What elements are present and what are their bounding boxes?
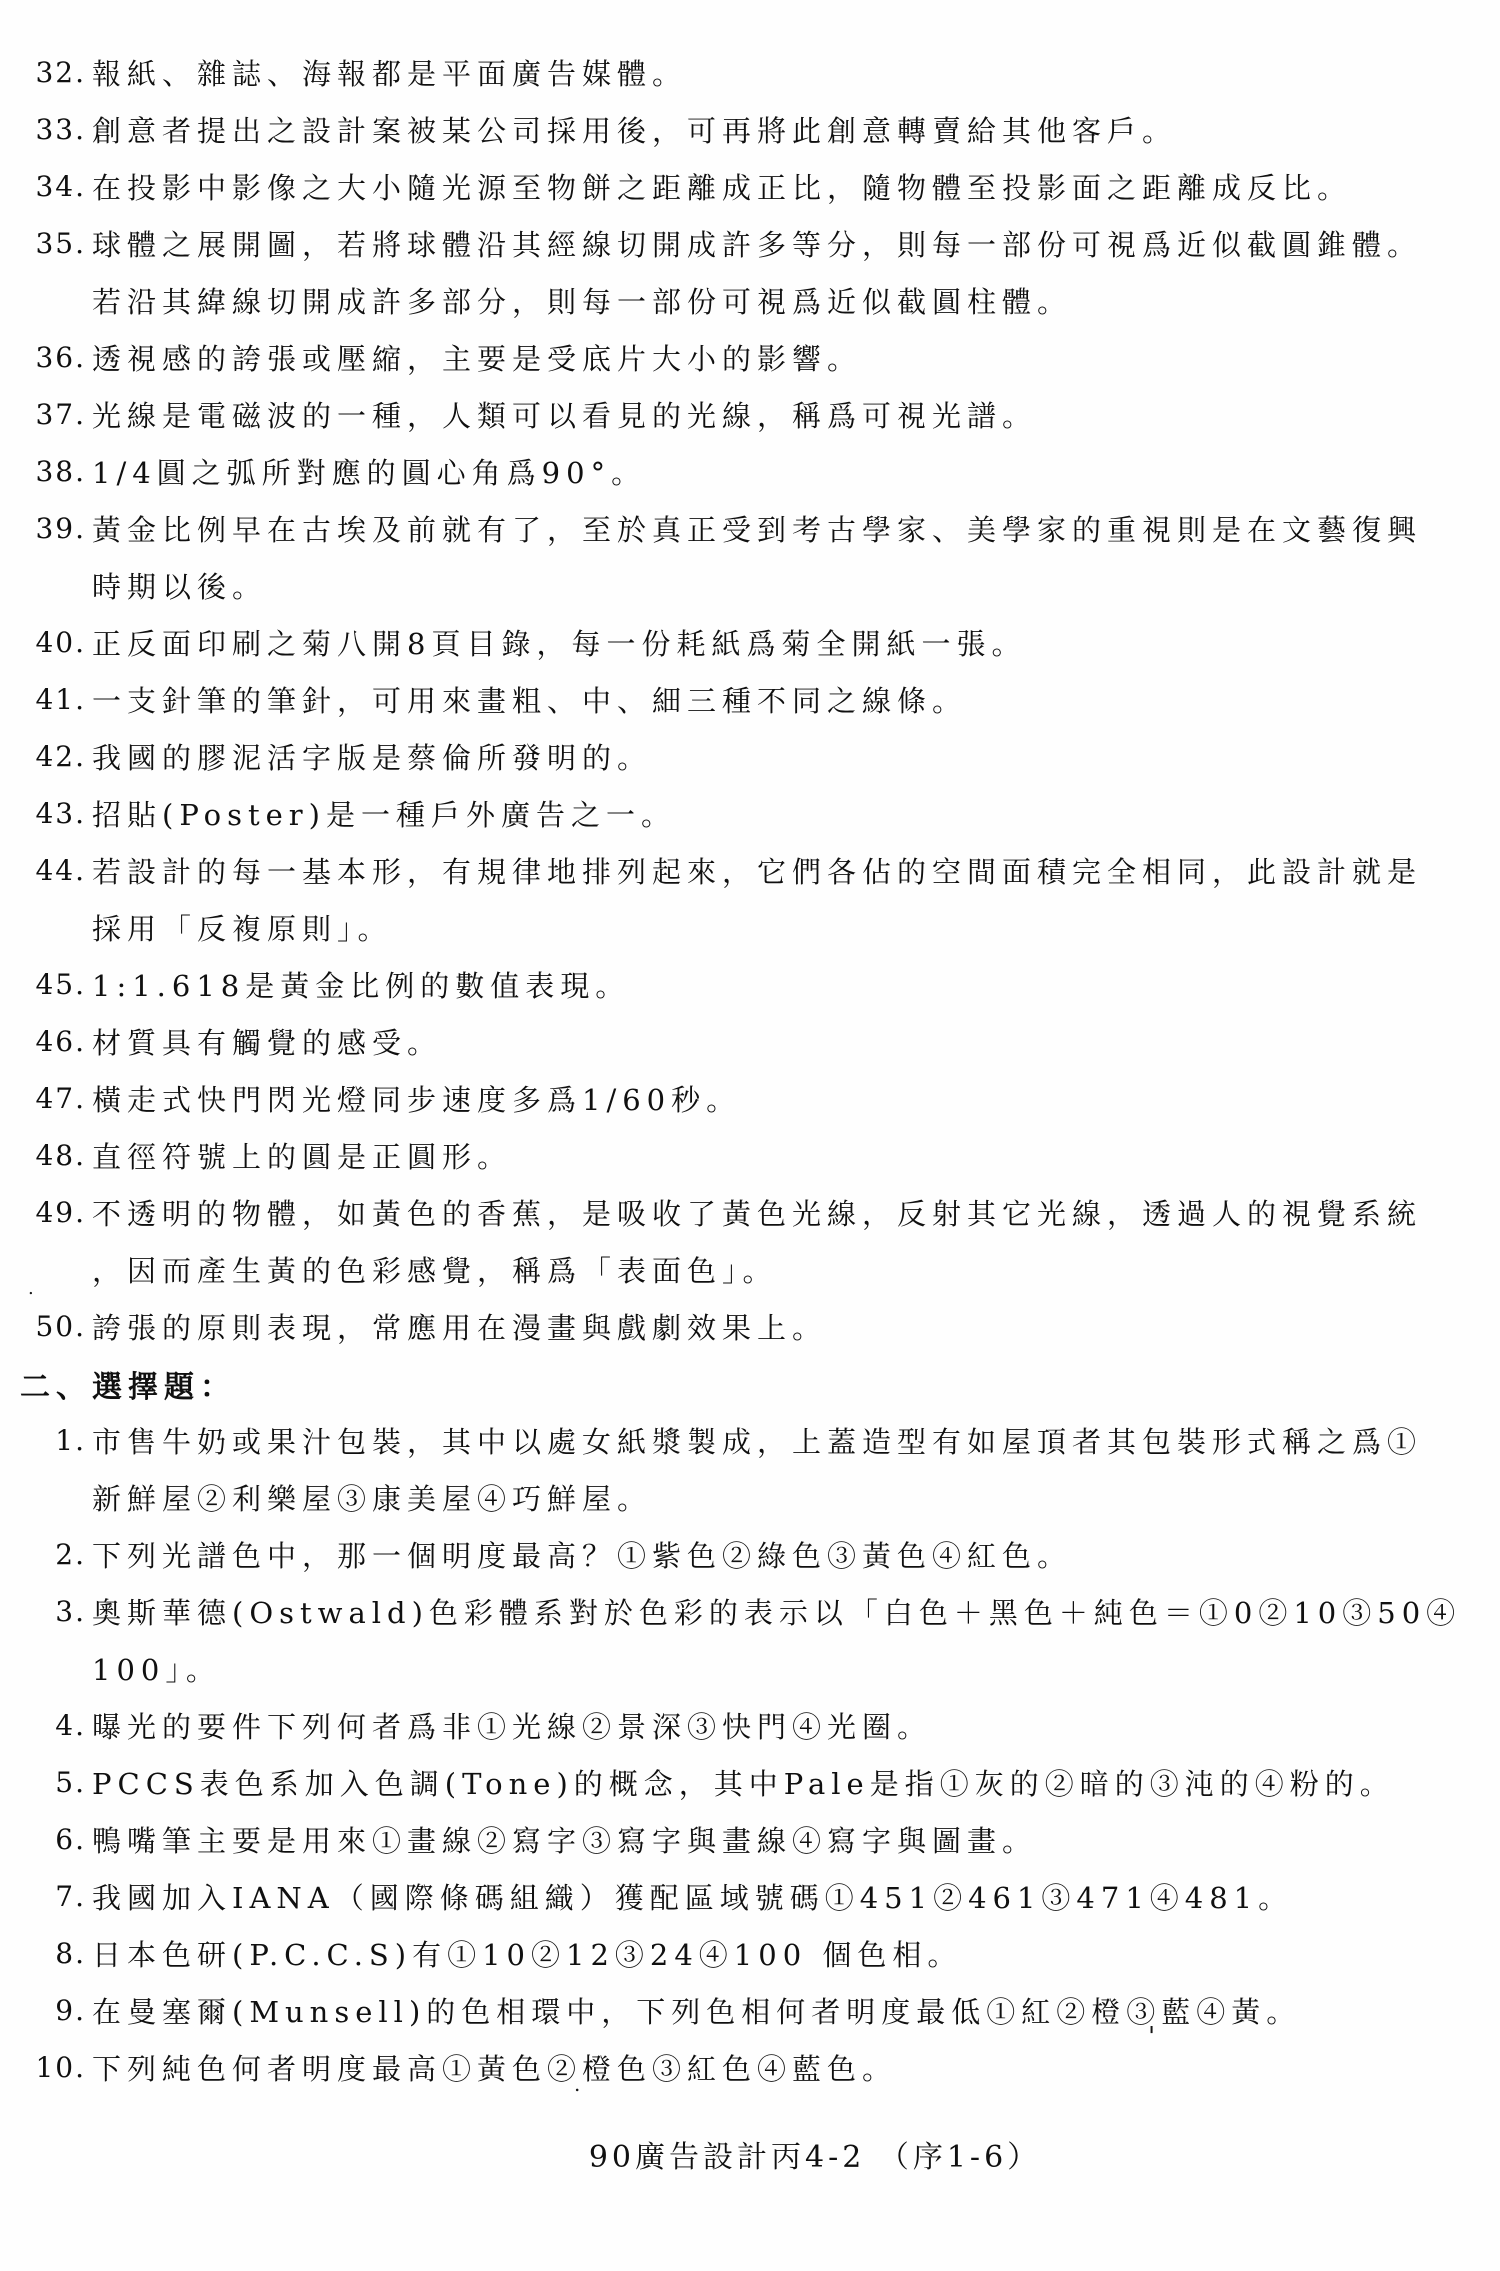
question-text: ，因而產生黃的色彩感覺，稱爲「表面色」。: [92, 1249, 1500, 1290]
page-footer: 90廣告設計丙4-2 （序1-6）: [0, 2132, 1500, 2172]
question-number: 45.: [0, 968, 92, 1001]
tf-question-line-wrap: 若沿其緯線切開成許多部分，則每一部份可視爲近似截圓柱體。: [0, 272, 1500, 329]
tf-question-line-wrap: 時期以後。: [0, 557, 1500, 614]
question-text: 鴨嘴筆主要是用來①畫線②寫字③寫字與畫線④寫字與圖畫。: [92, 1819, 1500, 1860]
question-number: 34.: [0, 170, 92, 203]
tf-question-line: 36.透視感的誇張或壓縮，主要是受底片大小的影響。: [0, 329, 1500, 386]
mc-question-line: 9.在曼塞爾(Munsell)的色相環中，下列色相何者明度最低①紅②橙③藍④黃。: [0, 1982, 1500, 2039]
question-number: 2.: [0, 1538, 92, 1571]
tf-question-line: 48.直徑符號上的圓是正圓形。: [0, 1127, 1500, 1184]
question-number: 42.: [0, 740, 92, 773]
mc-question-line: 6.鴨嘴筆主要是用來①畫線②寫字③寫字與畫線④寫字與圖畫。: [0, 1811, 1500, 1868]
question-text: 日本色研(P.C.C.S)有①10②12③24④100 個色相。: [92, 1933, 1500, 1974]
question-text: 下列純色何者明度最高①黃色②橙色③紅色④藍色。: [92, 2047, 1500, 2088]
question-number: 41.: [0, 683, 92, 716]
question-text: 創意者提出之設計案被某公司採用後，可再將此創意轉賣給其他客戶。: [92, 109, 1500, 150]
section-heading: 二、選擇題：: [0, 1355, 1500, 1412]
tf-question-line: 46.材質具有觸覺的感受。: [0, 1013, 1500, 1070]
question-text: 黃金比例早在古埃及前就有了，至於真正受到考古學家、美學家的重視則是在文藝復興: [92, 508, 1500, 549]
scan-artifact: .: [28, 1278, 34, 1299]
scan-artifact: .: [574, 2072, 580, 2096]
tf-question-line: 43.招貼(Poster)是一種戶外廣告之一。: [0, 785, 1500, 842]
question-number: 32.: [0, 56, 92, 89]
question-text: 奧斯華德(Ostwald)色彩體系對於色彩的表示以「白色＋黑色＋純色＝①0②10…: [92, 1591, 1500, 1632]
question-text: 球體之展開圖，若將球體沿其經線切開成許多等分，則每一部份可視爲近似截圓錐體。: [92, 223, 1500, 264]
question-text: 正反面印刷之菊八開8頁目錄，每一份耗紙爲菊全開紙一張。: [92, 622, 1500, 663]
scan-artifact: ': [1148, 2022, 1155, 2052]
question-number: 1.: [0, 1424, 92, 1457]
mc-question-line: 10.下列純色何者明度最高①黃色②橙色③紅色④藍色。: [0, 2039, 1500, 2096]
question-number: 35.: [0, 227, 92, 260]
question-number: 7.: [0, 1880, 92, 1913]
question-number: 43.: [0, 797, 92, 830]
question-text: 採用「反複原則」。: [92, 907, 1500, 948]
question-number: 38.: [0, 455, 92, 488]
question-number: 49.: [0, 1196, 92, 1229]
question-text: 在投影中影像之大小隨光源至物餅之距離成正比，隨物體至投影面之距離成反比。: [92, 166, 1500, 207]
question-text: 招貼(Poster)是一種戶外廣告之一。: [92, 793, 1500, 834]
question-number: 5.: [0, 1766, 92, 1799]
question-number: 4.: [0, 1709, 92, 1742]
question-text: 透視感的誇張或壓縮，主要是受底片大小的影響。: [92, 337, 1500, 378]
question-text: 我國的膠泥活字版是蔡倫所發明的。: [92, 736, 1500, 777]
question-text: 若沿其緯線切開成許多部分，則每一部份可視爲近似截圓柱體。: [92, 280, 1500, 321]
tf-question-line: 41.一支針筆的筆針，可用來畫粗、中、細三種不同之線條。: [0, 671, 1500, 728]
tf-question-line: 49.不透明的物體，如黃色的香蕉，是吸收了黃色光線，反射其它光線，透過人的視覺系…: [0, 1184, 1500, 1241]
question-number: 6.: [0, 1823, 92, 1856]
question-text: 材質具有觸覺的感受。: [92, 1021, 1500, 1062]
tf-question-line: 35.球體之展開圖，若將球體沿其經線切開成許多等分，則每一部份可視爲近似截圓錐體…: [0, 215, 1500, 272]
question-number: 8.: [0, 1937, 92, 1970]
tf-question-line: 37.光線是電磁波的一種，人類可以看見的光線，稱爲可視光譜。: [0, 386, 1500, 443]
mc-question-line: 7.我國加入IANA（國際條碼組織）獲配區域號碼①451②461③471④481…: [0, 1868, 1500, 1925]
question-text: 新鮮屋②利樂屋③康美屋④巧鮮屋。: [92, 1477, 1500, 1518]
question-number: 3.: [0, 1595, 92, 1628]
tf-question-line: 40.正反面印刷之菊八開8頁目錄，每一份耗紙爲菊全開紙一張。: [0, 614, 1500, 671]
mc-question-line: 2.下列光譜色中，那一個明度最高？①紫色②綠色③黃色④紅色。: [0, 1526, 1500, 1583]
question-text: PCCS表色系加入色調(Tone)的概念，其中Pale是指①灰的②暗的③沌的④粉…: [92, 1762, 1500, 1803]
question-number: 40.: [0, 626, 92, 659]
question-number: 44.: [0, 854, 92, 887]
question-text: 1/4圓之弧所對應的圓心角爲90°。: [92, 451, 1500, 492]
question-text: 光線是電磁波的一種，人類可以看見的光線，稱爲可視光譜。: [92, 394, 1500, 435]
question-text: 若設計的每一基本形，有規律地排列起來，它們各佔的空間面積完全相同，此設計就是: [92, 850, 1500, 891]
tf-question-line: 45.1:1.618是黃金比例的數值表現。: [0, 956, 1500, 1013]
tf-question-line: 38.1/4圓之弧所對應的圓心角爲90°。: [0, 443, 1500, 500]
question-number: 33.: [0, 113, 92, 146]
mc-question-line-wrap: 新鮮屋②利樂屋③康美屋④巧鮮屋。: [0, 1469, 1500, 1526]
question-text: 橫走式快門閃光燈同步速度多爲1/60秒。: [92, 1078, 1500, 1119]
question-text: 曝光的要件下列何者爲非①光線②景深③快門④光圈。: [92, 1705, 1500, 1746]
question-text: 報紙、雜誌、海報都是平面廣告媒體。: [92, 52, 1500, 93]
question-number: 47.: [0, 1082, 92, 1115]
tf-question-line-wrap: ，因而產生黃的色彩感覺，稱爲「表面色」。: [0, 1241, 1500, 1298]
question-text: 100」。: [92, 1648, 1500, 1689]
question-text: 誇張的原則表現，常應用在漫畫與戲劇效果上。: [92, 1306, 1500, 1347]
question-number: 9.: [0, 1994, 92, 2027]
question-number: 39.: [0, 512, 92, 545]
tf-question-line: 34.在投影中影像之大小隨光源至物餅之距離成正比，隨物體至投影面之距離成反比。: [0, 158, 1500, 215]
tf-question-line-wrap: 採用「反複原則」。: [0, 899, 1500, 956]
question-text: 一支針筆的筆針，可用來畫粗、中、細三種不同之線條。: [92, 679, 1500, 720]
tf-question-line: 50.誇張的原則表現，常應用在漫畫與戲劇效果上。: [0, 1298, 1500, 1355]
tf-question-line: 47.橫走式快門閃光燈同步速度多爲1/60秒。: [0, 1070, 1500, 1127]
question-number: 48.: [0, 1139, 92, 1172]
question-text: 下列光譜色中，那一個明度最高？①紫色②綠色③黃色④紅色。: [92, 1534, 1500, 1575]
question-text: 直徑符號上的圓是正圓形。: [92, 1135, 1500, 1176]
tf-question-line: 39.黃金比例早在古埃及前就有了，至於真正受到考古學家、美學家的重視則是在文藝復…: [0, 500, 1500, 557]
exam-content: 32.報紙、雜誌、海報都是平面廣告媒體。 33.創意者提出之設計案被某公司採用後…: [0, 0, 1500, 2096]
tf-question-line: 33.創意者提出之設計案被某公司採用後，可再將此創意轉賣給其他客戶。: [0, 101, 1500, 158]
question-number: 37.: [0, 398, 92, 431]
tf-question-line: 32.報紙、雜誌、海報都是平面廣告媒體。: [0, 44, 1500, 101]
question-text: 我國加入IANA（國際條碼組織）獲配區域號碼①451②461③471④481。: [92, 1876, 1500, 1917]
mc-question-line: 5.PCCS表色系加入色調(Tone)的概念，其中Pale是指①灰的②暗的③沌的…: [0, 1754, 1500, 1811]
mc-question-line: 8.日本色研(P.C.C.S)有①10②12③24④100 個色相。: [0, 1925, 1500, 1982]
question-text: 1:1.618是黃金比例的數值表現。: [92, 964, 1500, 1005]
question-number: 50.: [0, 1310, 92, 1343]
tf-question-line: 42.我國的膠泥活字版是蔡倫所發明的。: [0, 728, 1500, 785]
mc-question-line: 4.曝光的要件下列何者爲非①光線②景深③快門④光圈。: [0, 1697, 1500, 1754]
question-text: 在曼塞爾(Munsell)的色相環中，下列色相何者明度最低①紅②橙③藍④黃。: [92, 1990, 1500, 2031]
question-text: 市售牛奶或果汁包裝，其中以處女紙漿製成，上蓋造型有如屋頂者其包裝形式稱之爲①: [92, 1420, 1500, 1461]
question-number: 10.: [0, 2051, 92, 2084]
question-number: 46.: [0, 1025, 92, 1058]
exam-page: 32.報紙、雜誌、海報都是平面廣告媒體。 33.創意者提出之設計案被某公司採用後…: [0, 0, 1500, 2271]
question-text: 不透明的物體，如黃色的香蕉，是吸收了黃色光線，反射其它光線，透過人的視覺系統: [92, 1192, 1500, 1233]
question-text: 時期以後。: [92, 565, 1500, 606]
mc-question-line: 3.奧斯華德(Ostwald)色彩體系對於色彩的表示以「白色＋黑色＋純色＝①0②…: [0, 1583, 1500, 1640]
mc-question-line-wrap: 100」。: [0, 1640, 1500, 1697]
mc-question-line: 1.市售牛奶或果汁包裝，其中以處女紙漿製成，上蓋造型有如屋頂者其包裝形式稱之爲①: [0, 1412, 1500, 1469]
question-number: 36.: [0, 341, 92, 374]
tf-question-line: 44.若設計的每一基本形，有規律地排列起來，它們各佔的空間面積完全相同，此設計就…: [0, 842, 1500, 899]
